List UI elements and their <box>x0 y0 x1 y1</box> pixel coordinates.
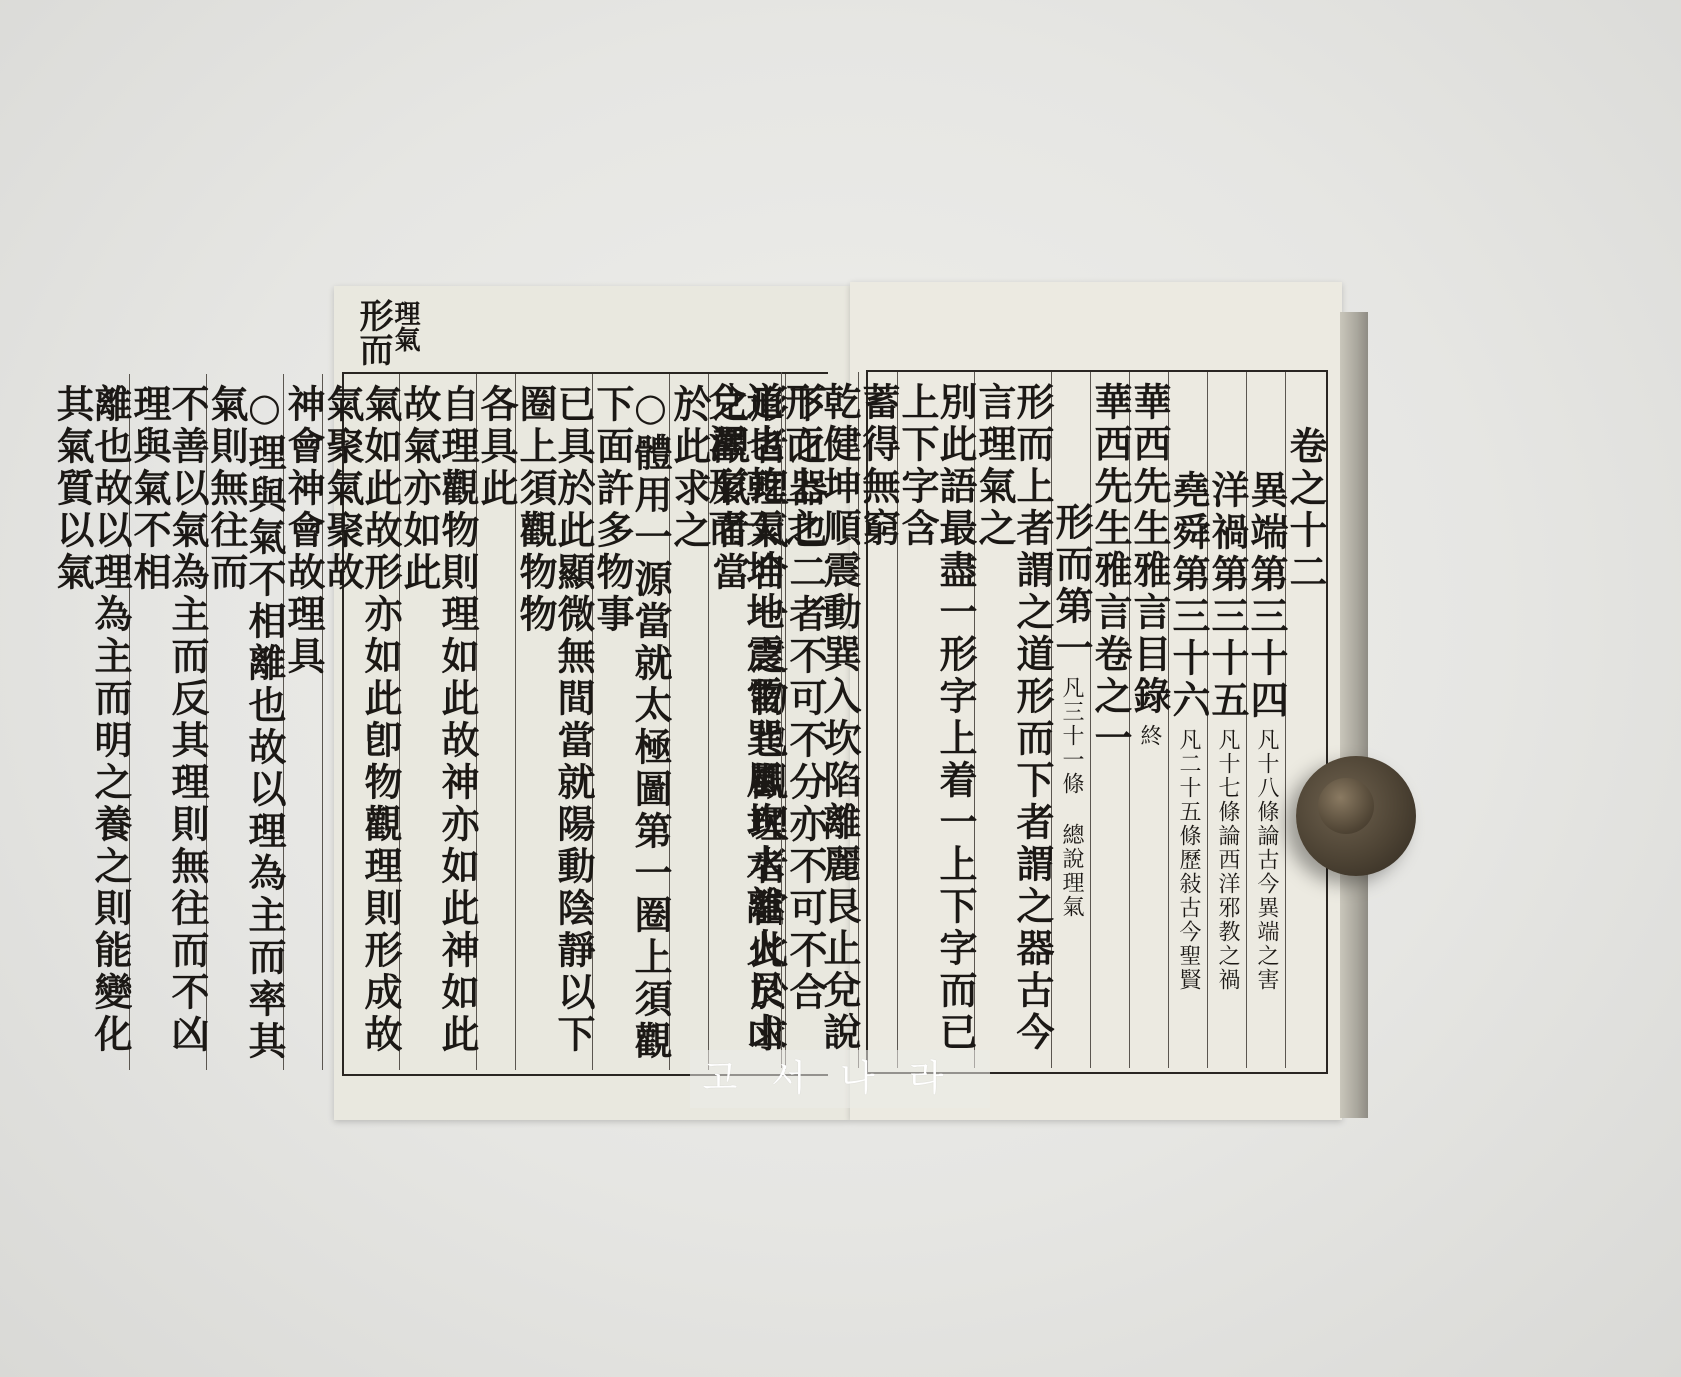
toc-entry: 洋禍第三十五凡十七條論西洋邪教之禍 <box>1207 372 1246 1068</box>
text-column: 離也故以理為主而明之養之則能變化其氣質以氣 <box>53 374 129 1070</box>
text-column: 道也乾天坤地震雷巽風坎水離火艮山兌澤形而 <box>705 372 781 1068</box>
text-column: 不善以氣為主而反其理則無往而不凶理與氣不相 <box>129 374 206 1070</box>
text-column: 自理觀物則理如此故神亦如此神如此故氣亦如此 <box>399 374 476 1070</box>
text-column: 蓄得無窮 <box>858 372 897 1068</box>
text-column: ○理與氣不相離也故以理為主而率其氣則無往而 <box>206 374 283 1070</box>
book-title: 華西先生雅言卷之一 <box>1090 372 1129 1068</box>
volume-heading: 卷之十二 <box>1285 372 1324 1068</box>
text-column: 別此語最盡一形字上着一上下字而已上下字含 <box>897 372 974 1068</box>
right-text-columns: 卷之十二 異端第三十四凡十八條論古今異端之害 洋禍第三十五凡十七條論西洋邪教之禍… <box>868 372 1324 1068</box>
paperweight-knob <box>1318 778 1374 834</box>
text-column: 各具此 <box>476 374 515 1070</box>
text-column: ○體用一源當就太極圖第一圈上須觀下面許多物事 <box>592 374 669 1070</box>
watermark: 고서나라 <box>690 1050 990 1108</box>
toc-end: 華西先生雅言目錄終 <box>1129 372 1168 1068</box>
text-column: 乾健坤順震動巽入坎陷離麗艮止兌說形而上之 <box>781 372 858 1068</box>
toc-entry: 堯舜第三十六凡二十五條歷敍古今聖賢 <box>1168 372 1207 1068</box>
text-column: 已具於此顯微無間當就陽動陰靜以下圈上須觀物物 <box>515 374 592 1070</box>
toc-entry: 異端第三十四凡十八條論古今異端之害 <box>1246 372 1285 1068</box>
text-column: 神會神會故理具 <box>283 374 322 1070</box>
left-margin-tab-small: 理氣 <box>392 300 418 352</box>
left-margin-tab: 形而 <box>356 298 390 366</box>
chapter-heading: 形而第一凡三十一條 總說理氣 <box>1051 372 1090 1068</box>
book-page-edges <box>1340 312 1368 1118</box>
margin-tab-main: 形而 <box>353 298 393 366</box>
text-column: 形而上者謂之道形而下者謂之器古今言理氣之 <box>974 372 1051 1068</box>
text-column: 氣如此故形亦如此卽物觀理則形成故氣聚氣聚故 <box>322 374 399 1070</box>
